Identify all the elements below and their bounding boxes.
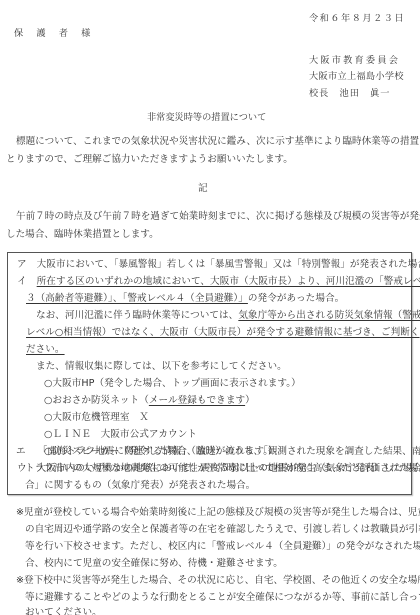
- item-i-marker: イ: [17, 276, 27, 287]
- item-a: ア大阪市において、「暴風警報」若しくは「暴風雪警報」又は「特別警報」が発表された…: [17, 260, 420, 270]
- item-e-line-2: トラフ沿いの大規模な地震発生の可能性が平常時に比べて相対的に高まったと評価された…: [25, 464, 418, 474]
- item-i-line-2: ３（高齢者等避難）」、「警戒レベル４（全員避難）」の発令があった場合。: [26, 294, 344, 304]
- note-1-line-3: 等を行い下校させます。ただし、校区内に「警戒レベル４（全員避難）」の発令がなされ…: [25, 542, 420, 552]
- sender-school: 大阪市立上福島小学校: [309, 72, 404, 81]
- note-2-line-2: 等に避難することやどのような行動をとることが安全確保につながるか等、事前に話し合…: [25, 593, 420, 603]
- sender-board: 大阪市教育委員会: [309, 56, 400, 65]
- recipient: 保 護 者 様: [14, 29, 92, 38]
- note-line-1-underlined: 気象庁等から出される防災気象情報（警戒: [238, 310, 420, 321]
- note-line-2: レベル○相当情報）ではなく、大阪市（大阪市長）が発令する避難情報に基づき、ご判断…: [26, 328, 420, 338]
- note-1-line-4: 合、校内にて児童の安全確保に努め、待機・避難させます。: [25, 559, 283, 569]
- item-e: エ「南海トラフ地震に関連する情報」（臨時）のうち、「観測された現象を調査した結果…: [16, 447, 420, 457]
- note-1-line-2: の自宅周辺や通学路の安全と保護者等の在宅を確認したうえで、引渡し若しくは教職員が…: [25, 525, 420, 535]
- info-item-bousai-net: ○おおさか防災ネット（メール登録もできます）: [44, 396, 255, 406]
- item-e-marker: エ: [16, 446, 26, 457]
- note-line-1-pre: なお、河川氾濫に伴う臨時休業等については、: [36, 310, 238, 321]
- item-i-line-2-rest: の発令があった場合。: [248, 293, 344, 304]
- document-date: 令和６年８月２３日: [309, 14, 405, 23]
- item-a-text: 大阪市において、「暴風警報」若しくは「暴風雪警報」又は「特別警報」が発表された場…: [37, 259, 420, 270]
- intro-line-2: とりますので、ご理解ご協力いただきますようお願いいたします。: [6, 155, 293, 165]
- item-a-marker: ア: [17, 259, 27, 270]
- item-i: イ所在する区のいずれかの地域において、大阪市（大阪市長）より、河川氾濫の「警戒レ…: [17, 277, 420, 287]
- info-item-line-account: ○ＬＩＮＥ 大阪市公式アカウント: [44, 430, 197, 440]
- item-i-line-1: 所在する区のいずれかの地域において、大阪市（大阪市長）より、河川氾濫の「警戒レベ…: [37, 276, 420, 287]
- info-item-crisis-x: ○大阪市危機管理室 Ｘ: [44, 413, 149, 423]
- item-e-line-1: 「南海トラフ地震に関連する情報」（臨時）のうち、「観測された現象を調査した結果、…: [38, 446, 420, 457]
- note-line-1: なお、河川氾濫に伴う臨時休業等については、気象庁等から出される防災気象情報（警戒: [36, 311, 420, 321]
- item-i-line-2-underlined: ３（高齢者等避難）」、「警戒レベル４（全員避難）」: [26, 293, 248, 304]
- mail-registration-note: メール登録もできます: [149, 395, 245, 406]
- sender-principal: 校長 池田 眞一: [309, 89, 391, 98]
- note-2-line-3: おいてください。: [25, 608, 102, 615]
- criteria-intro-line-1: 午前７時の時点及び午前７時を過ぎて始業時刻までに、次に掲げる態様及び規模の災害等…: [16, 212, 420, 222]
- note-line-3: ださい。: [26, 345, 65, 355]
- note-2-line-1: ※登下校中に災害等が発生した場合、その状況に応じ、自宅、学校園、その他近くの安全…: [16, 576, 420, 586]
- ki-heading: 記: [198, 184, 208, 194]
- info-intro: また、情報収集に際しては、以下を参考にしてください。: [36, 362, 287, 372]
- item-e-line-3: 合」に関するもの（気象庁発表）が発表された場合。: [25, 481, 255, 491]
- document-title: 非常変災時等の措置について: [147, 113, 266, 122]
- criteria-box: ア大阪市において、「暴風警報」若しくは「暴風雪警報」又は「特別警報」が発表された…: [7, 252, 412, 495]
- info-item-city-hp: ○大阪市HP（発令した場合、トップ画面に表示されます。）: [44, 379, 301, 389]
- criteria-intro-line-2: した場合、臨時休業措置とします。: [6, 230, 159, 240]
- note-1-line-1: ※児童が登校している場合や始業時刻後に上記の態様及び規模の災害等が発生した場合は…: [16, 508, 420, 518]
- intro-line-1: 標題について、これまでの気象状況や災害状況に鑑み、次に示す基準により臨時休業等の…: [16, 137, 420, 147]
